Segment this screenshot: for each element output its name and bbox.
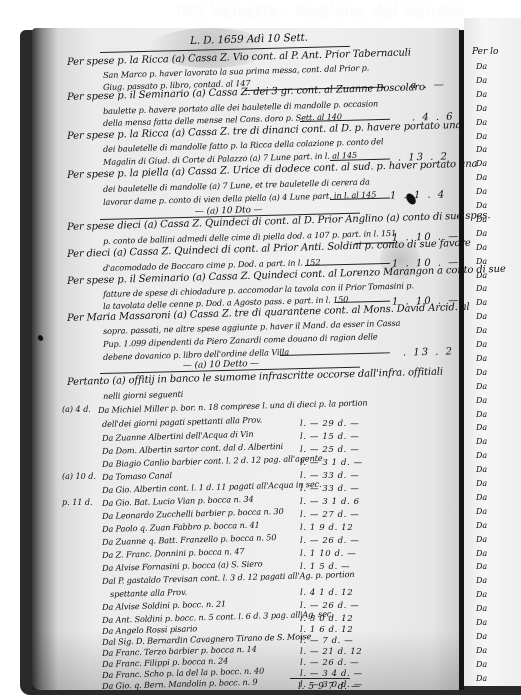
facing-page-line-start: Da [476, 215, 487, 224]
facing-page-line-start: Da [476, 340, 487, 349]
facing-page-line-start: Da [476, 201, 487, 210]
facing-page-line-start: Da [476, 604, 487, 613]
facing-page-line-start: Da [476, 173, 487, 182]
list-item: Da Tomaso Canal [102, 470, 172, 482]
facing-page-line-start: Da [476, 326, 487, 335]
entry-8-amount: . 13 . 2 [403, 346, 454, 358]
list-margin-note: (a) 10 d. [62, 472, 96, 481]
list-margin-note: p. 11 d. [62, 498, 93, 507]
facing-page-line-start: Da [476, 271, 487, 280]
list-item-amount: l. — 7 d. — [300, 636, 353, 646]
facing-page-line-start: Da [476, 90, 487, 99]
list-item-amount: l. — 29 d. — [300, 419, 359, 429]
facing-page-line-start: Da [476, 368, 487, 377]
facing-page-line-start: Da [476, 312, 487, 321]
list-item-amount: l. — 21 d. 12 [300, 647, 362, 657]
facing-page-line-start: Da [476, 465, 487, 474]
facing-page-line-start: Da [476, 521, 487, 530]
facing-page-line-start: Da [476, 298, 487, 307]
manuscript-scan: L. D. 1659 Adì 10 Sett. Per spese p. la … [0, 0, 521, 700]
list-item-amount: l. 4 1 d. 12 [300, 588, 353, 598]
facing-page-line-start: Da [476, 410, 487, 419]
list-item: spettante alla Prov. [110, 587, 187, 599]
facing-page-line-start: Da [476, 660, 487, 669]
facing-page-line-start: Da [476, 243, 487, 252]
facing-page-line-start: Da [476, 618, 487, 627]
facing-page-line-start: Da [476, 354, 487, 363]
list-item-amount: l. 1 9 d. 12 [300, 523, 353, 533]
facing-page-line-start: Da [476, 145, 487, 154]
facing-page-line-start: Da [476, 479, 487, 488]
archive-watermark: IRE Venezia - Regione del Veneto [0, 2, 521, 22]
facing-page-line-start: Da [476, 396, 487, 405]
list-item-amount: l. — 3 1 d. — [300, 458, 363, 468]
entry-4-amount: 1 . 1 . 4 [390, 189, 446, 201]
facing-page-line-start: Da [476, 284, 487, 293]
facing-page-line-start: Da [476, 76, 487, 85]
facing-page-line-start: Da [476, 423, 487, 432]
list-margin-note: (a) 4 d. [62, 405, 91, 414]
facing-page-line-start: Da [476, 646, 487, 655]
list-item-amount: l. 1 10 d. — [300, 549, 356, 559]
facing-page-line-start: Da [476, 590, 487, 599]
list-item-amount: l. — 27 d. — [300, 510, 359, 520]
list-item-amount: l. — 26 d. — [300, 536, 359, 546]
list-item-amount: l. — 15 d. — [300, 432, 359, 442]
facing-page-line-start: Da [476, 562, 487, 571]
facing-page-line-start: Da [476, 229, 487, 238]
facing-page-line-start: Da [476, 549, 487, 558]
facing-page-line-start: Da [476, 257, 487, 266]
facing-page-line-start: Da [476, 187, 487, 196]
facing-page-line-start: Da [476, 437, 487, 446]
list-item-amount: l. 5 0 d. 12 [300, 614, 353, 624]
facing-page-line-start: Da [476, 382, 487, 391]
facing-page-line-start: Da [476, 451, 487, 460]
facing-page-heading: Per lo [472, 47, 498, 57]
facing-page-line-start: Da [476, 674, 487, 683]
list-item-amount: l. — 26 d. — [300, 658, 359, 668]
total-rule [290, 678, 350, 679]
facing-page-line-start: Da [476, 493, 487, 502]
right-page [464, 18, 521, 686]
facing-page-line-start: Da [476, 104, 487, 113]
facing-page-line-start: Da [476, 159, 487, 168]
facing-page-line-start: Da [476, 62, 487, 71]
facing-page-line-start: Da [476, 632, 487, 641]
list-item-amount: l. — 3 1 d. 6 [300, 497, 360, 507]
ledger-total: l. 5 9 7 d. — [298, 682, 361, 692]
facing-page-line-start: Da [476, 507, 487, 516]
facing-page-line-start: Da [476, 132, 487, 141]
facing-page-line-start: Da [476, 118, 487, 127]
list-item-amount: l. — 33 d. — [300, 484, 359, 494]
facing-page-line-start: Da [476, 576, 487, 585]
facing-page-line-start: Da [476, 535, 487, 544]
